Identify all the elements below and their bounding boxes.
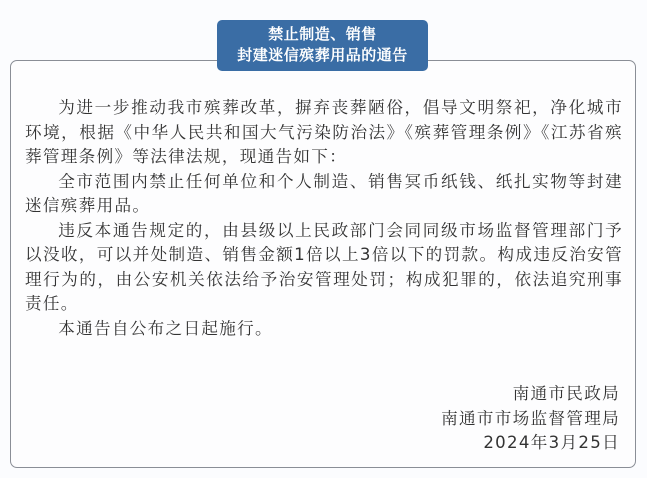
- notice-title-banner: 禁止制造、销售 封建迷信殡葬用品的通告: [217, 20, 428, 71]
- paragraph-preamble: 为进一步推动我市殡葬改革，摒弃丧葬陋俗，倡导文明祭祀，净化城市环境，根据《中华人…: [25, 96, 623, 170]
- issue-date: 2024年3月25日: [441, 431, 620, 456]
- notice-title-line-1: 禁止制造、销售: [217, 24, 428, 45]
- issuer-market-supervision: 南通市市场监督管理局: [441, 407, 620, 432]
- paragraph-prohibition: 全市范围内禁止任何单位和个人制造、销售冥币纸钱、纸扎实物等封建迷信殡葬用品。: [25, 170, 623, 219]
- notice-title-line-2: 封建迷信殡葬用品的通告: [217, 45, 428, 66]
- issuer-civil-affairs: 南通市民政局: [441, 382, 620, 407]
- notice-body: 为进一步推动我市殡葬改革，摒弃丧葬陋俗，倡导文明祭祀，净化城市环境，根据《中华人…: [25, 96, 623, 341]
- paragraph-penalty: 违反本通告规定的，由县级以上民政部门会同同级市场监督管理部门予以没收，可以并处制…: [25, 219, 623, 317]
- paragraph-effective-date: 本通告自公布之日起施行。: [25, 317, 623, 342]
- notice-signature: 南通市民政局 南通市市场监督管理局 2024年3月25日: [441, 382, 620, 456]
